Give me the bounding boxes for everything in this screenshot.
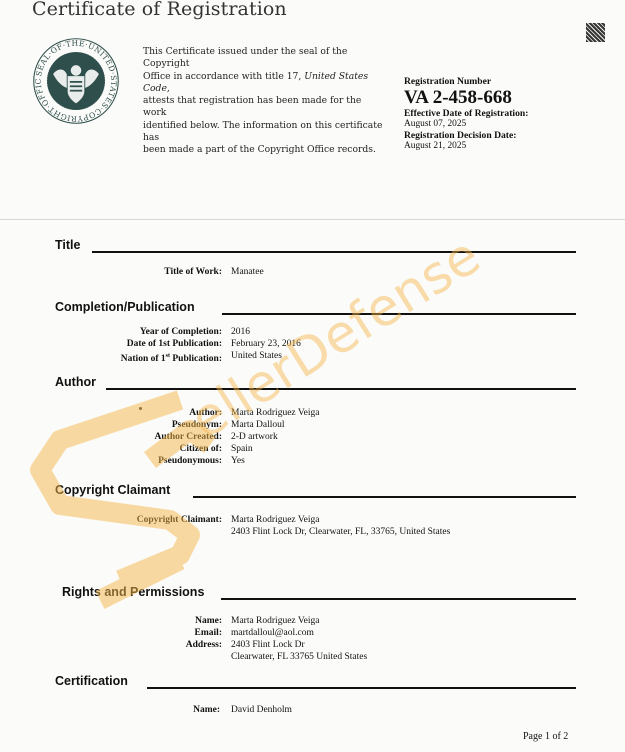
section-heading-rights-permissions: Rights and Permissions	[62, 585, 204, 599]
document-title: Certificate of Registration	[32, 0, 287, 20]
section-heading-author: Author	[55, 375, 96, 389]
section-rule	[147, 687, 576, 689]
section-heading-copyright-claimant: Copyright Claimant	[55, 483, 170, 497]
registration-number-label: Registration Number	[404, 76, 528, 87]
section-rule	[222, 313, 576, 315]
section-rule	[92, 251, 576, 253]
section-heading-title: Title	[55, 238, 80, 252]
decision-date-label: Registration Decision Date:	[404, 130, 528, 141]
svg-text:ellerDefense: ellerDefense	[180, 226, 490, 451]
registration-info: Registration Number VA 2-458-668 Effecti…	[404, 76, 528, 152]
section-rule	[193, 496, 576, 498]
page-number: Page 1 of 2	[523, 731, 568, 742]
effective-date-label: Effective Date of Registration:	[404, 108, 528, 119]
scan-divider	[0, 219, 625, 220]
effective-date: August 07, 2025	[404, 119, 528, 130]
section-heading-certification: Certification	[55, 674, 128, 688]
certificate-intro-text: This Certificate issued under the seal o…	[143, 46, 383, 157]
copyright-office-seal-icon: SEAL·OF·THE·UNITED·STATES·COPYRIGHT·OFFI…	[32, 37, 120, 125]
section-heading-completion: Completion/Publication	[55, 300, 195, 314]
datamatrix-code-icon	[586, 23, 605, 42]
section-rule	[106, 388, 576, 390]
section-rule	[221, 598, 576, 600]
registration-number: VA 2-458-668	[404, 88, 528, 108]
decision-date: August 21, 2025	[404, 141, 528, 152]
bullet-icon	[139, 407, 142, 410]
